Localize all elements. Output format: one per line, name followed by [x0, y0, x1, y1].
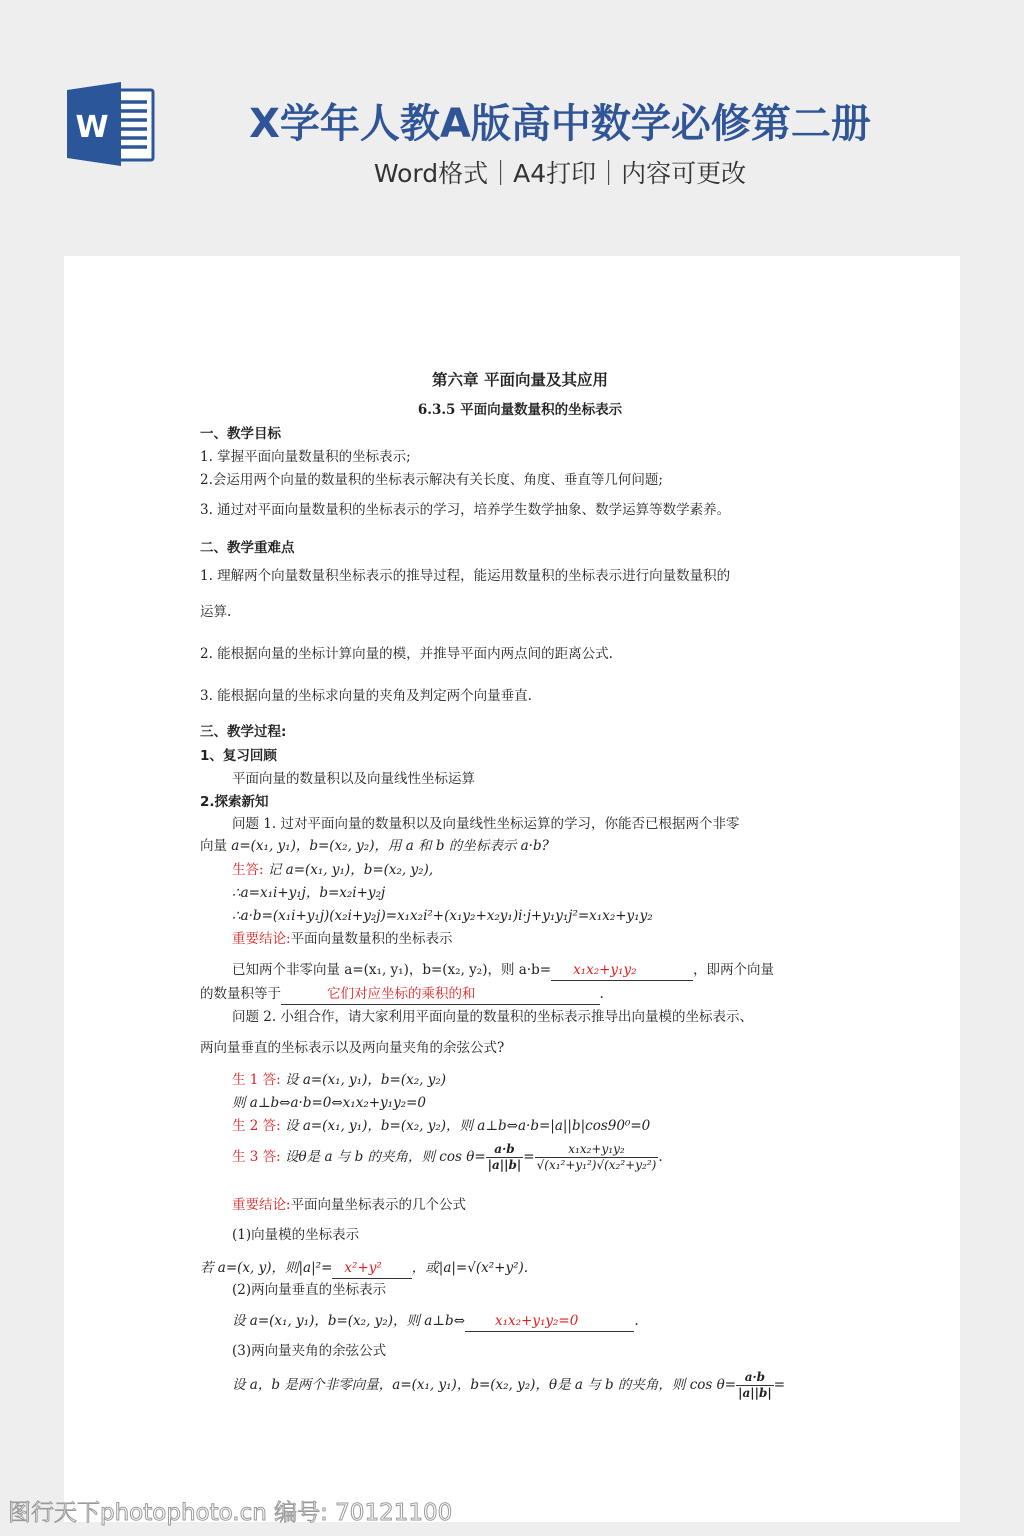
answer-line: ∴a·b=(x₁i+y₁j)(x₂i+y₂j)=x₁x₂i²+(x₁y₂+x₂y… [232, 906, 653, 926]
fill-blank-2: 的数量积等于它们对应坐标的乘积的和. [200, 984, 604, 1005]
review-heading: 1、复习回顾 [200, 746, 277, 766]
process-heading: 三、教学过程: [200, 722, 286, 742]
answer-line: 则 a⊥b⇔a·b=0⇔x₁x₂+y₁y₂=0 [232, 1093, 426, 1113]
question-1-line: 问题 1. 过对平面向量的数量积以及向量线性坐标运算的学习，你能否已根据两个非零 [232, 814, 739, 834]
blank-answer: x₁x₂+y₁y₂ [551, 960, 693, 981]
watermark-text: 图行天下photophoto.cn 编号: 70121100 [8, 1494, 452, 1527]
formula-2-heading: (2)两向量垂直的坐标表示 [232, 1280, 386, 1300]
blank-answer: 它们对应坐标的乘积的和 [281, 984, 600, 1005]
answer-line: ∴a=x₁i+y₁j，b=x₂i+y₂j [232, 883, 385, 903]
formula-3-heading: (3)两向量夹角的余弦公式 [232, 1341, 386, 1361]
word-icon: W [65, 82, 157, 166]
banner-header: W X学年人教A版高中数学必修第二册 Word格式｜A4打印｜内容可更改 [0, 0, 1024, 256]
explore-heading: 2.探索新知 [200, 792, 269, 812]
keypoint-item: 运算. [200, 602, 231, 622]
blank-answer: x²+y² [332, 1258, 411, 1279]
keypoint-item: 3. 能根据向量的坐标求向量的夹角及判定两个向量垂直. [200, 686, 532, 706]
question-2-line: 问题 2. 小组合作，请大家利用平面向量的数量积的坐标表示推导出向量模的坐标表示… [232, 1007, 753, 1027]
keypoints-heading: 二、教学重难点 [200, 538, 295, 558]
section-title: 6.3.5 平面向量数量积的坐标表示 [200, 400, 840, 420]
student-2-answer: 生 2 答: 设 a=(x₁, y₁)，b=(x₂, y₂)，则 a⊥b⇔a·b… [232, 1116, 650, 1136]
fill-blank-1: 已知两个非零向量 a=(x₁, y₁)，b=(x₂, y₂)，则 a·b=x₁x… [232, 960, 774, 981]
conclusion-2: 重要结论:平面向量坐标表示的几个公式 [232, 1195, 466, 1215]
goal-item: 2.会运用两个向量的数量积的坐标表示解决有关长度、角度、垂直等几何问题; [200, 470, 663, 490]
student-answer: 生答: 记 a=(x₁, y₁)，b=(x₂, y₂), [232, 860, 433, 880]
conclusion-1: 重要结论:平面向量数量积的坐标表示 [232, 929, 453, 949]
banner-title: X学年人教A版高中数学必修第二册 [200, 92, 920, 149]
formula-1: 若 a=(x, y)，则|a|²=x²+y²，或|a|=√(x²+y²). [200, 1258, 528, 1279]
document-page: 第六章 平面向量及其应用 6.3.5 平面向量数量积的坐标表示 一、教学目标 1… [64, 256, 960, 1522]
goals-heading: 一、教学目标 [200, 424, 281, 444]
question-2-line: 两向量垂直的坐标表示以及两向量夹角的余弦公式? [200, 1038, 504, 1058]
chapter-title: 第六章 平面向量及其应用 [200, 370, 840, 390]
goal-item: 3. 通过对平面向量数量积的坐标表示的学习，培养学生数学抽象、数学运算等数学素养… [200, 500, 730, 520]
formula-3: 设 a，b 是两个非零向量，a=(x₁, y₁)，b=(x₂, y₂)，θ是 a… [232, 1370, 785, 1401]
formula-2: 设 a=(x₁, y₁)，b=(x₂, y₂)，则 a⊥b⇔x₁x₂+y₁y₂=… [232, 1311, 639, 1332]
goal-item: 1. 掌握平面向量数量积的坐标表示; [200, 447, 411, 467]
student-1-answer: 生 1 答: 设 a=(x₁, y₁)，b=(x₂, y₂) [232, 1070, 446, 1090]
svg-text:W: W [75, 110, 108, 145]
formula-1-heading: (1)向量模的坐标表示 [232, 1225, 359, 1245]
keypoint-item: 2. 能根据向量的坐标计算向量的模，并推导平面内两点间的距离公式. [200, 644, 613, 664]
student-3-answer: 生 3 答: 设θ是 a 与 b 的夹角，则 cos θ=a·b|a||b|=x… [232, 1142, 663, 1173]
blank-answer: x₁x₂+y₁y₂=0 [465, 1311, 634, 1332]
question-1-line: 向量 a=(x₁, y₁)，b=(x₂, y₂)，用 a 和 b 的坐标表示 a… [200, 836, 549, 856]
banner-subtitle: Word格式｜A4打印｜内容可更改 [200, 154, 920, 190]
keypoint-item: 1. 理解两个向量数量积坐标表示的推导过程，能运用数量积的坐标表示进行向量数量积… [200, 566, 730, 586]
review-text: 平面向量的数量积以及向量线性坐标运算 [232, 769, 475, 789]
